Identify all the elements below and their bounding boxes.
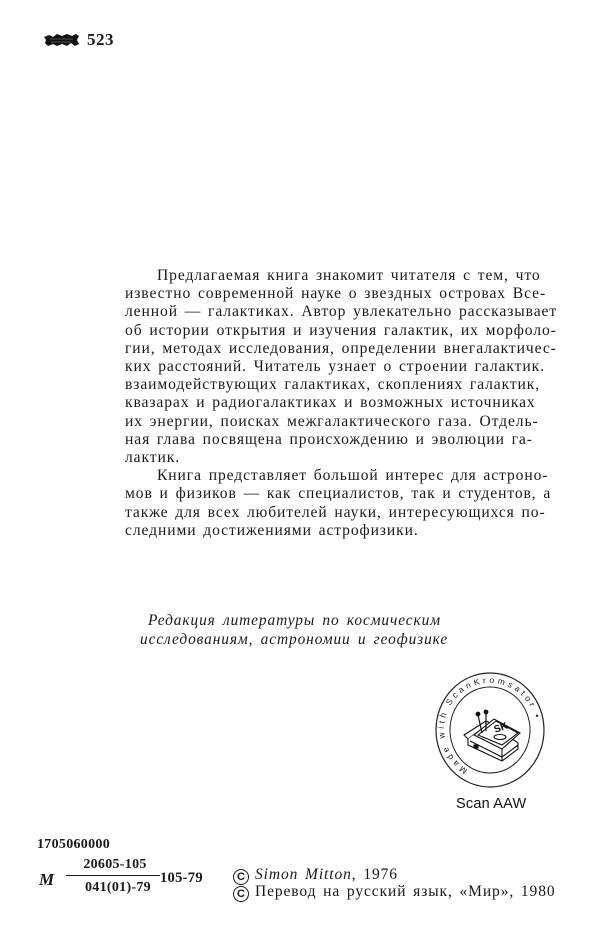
text-line: известно современной науке о звездных ос…: [93, 285, 523, 303]
text-line: лактик.: [93, 449, 523, 467]
redacted-stamp: [43, 33, 80, 47]
text-line: также для всех любителей науки, интересу…: [93, 504, 523, 522]
editorial-line: Редакция литературы по космическим: [140, 612, 470, 631]
fraction-numerator: 20605-105: [66, 856, 160, 873]
scankromsator-emblem: Made with ScanKromsator • SK: [434, 671, 546, 789]
copyright-holder: Simon Mitton: [255, 866, 352, 883]
index-letter: М: [39, 870, 54, 890]
scan-credit: Scan AAW: [456, 796, 526, 812]
text-line: их энергии, поисках межгалактического га…: [93, 413, 523, 431]
editorial-office: Редакция литературы по космическим иссле…: [140, 612, 470, 649]
copyright-year: , 1980: [509, 883, 555, 900]
text-line: мов и физиков — как специалистов, так и …: [93, 485, 523, 503]
text-line: ких расстояний. Читатель узнает о строен…: [93, 358, 523, 376]
text-line: следними достижениями астрофизики.: [93, 522, 523, 540]
scanner-logo-icon: Made with ScanKromsator • SK: [434, 671, 546, 789]
catalog-fraction: 20605-105 041(01)-79: [66, 856, 160, 896]
text-line: Предлагаемая книга знакомит читателя с т…: [93, 267, 523, 285]
editorial-line: исследованиям, астрономии и геофизике: [140, 631, 470, 650]
text-line: ная глава посвящена происхождению и эвол…: [93, 431, 523, 449]
annotation-paragraph-1: Предлагаемая книга знакомит читателя с т…: [93, 267, 523, 467]
redacted-stamp-icon: [43, 33, 80, 47]
catalog-code: 1705060000: [37, 837, 110, 853]
fraction-denominator: 041(01)-79: [66, 879, 160, 896]
fraction-bar: [66, 875, 160, 876]
text-line: Книга представляет большой интерес для а…: [93, 467, 523, 485]
text-line: об истории открытия и изучения галактик,…: [93, 322, 523, 340]
copyright-translation: CПеревод на русский язык, «Мир», 1980: [233, 883, 556, 902]
page-number: 523: [87, 30, 114, 50]
order-code: 105-79: [160, 870, 203, 887]
text-line: взаимодействующих галактиках, скоплениях…: [93, 376, 523, 394]
copyright-holder: Перевод на русский язык, «Мир»: [255, 883, 509, 900]
text-line: квазарах и радиогалактиках и возможных и…: [93, 394, 523, 412]
copyright-icon: C: [233, 886, 249, 902]
text-line: гии, методах исследования, определении в…: [93, 340, 523, 358]
copyright-year: , 1976: [352, 866, 398, 883]
text-line: ленной — галактиках. Автор увлекательно …: [93, 303, 523, 321]
annotation-paragraph-2: Книга представляет большой интерес для а…: [93, 467, 523, 540]
book-annotation: Предлагаемая книга знакомит читателя с т…: [93, 267, 523, 540]
